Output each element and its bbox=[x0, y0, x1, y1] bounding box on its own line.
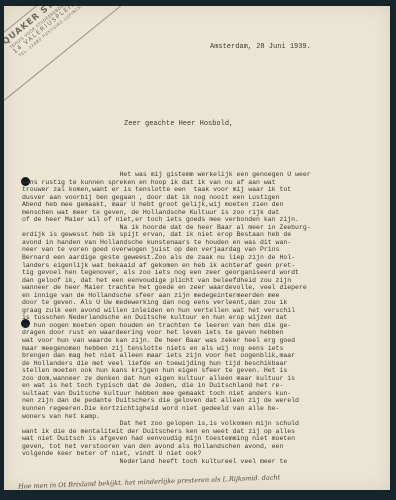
body-line: dan geloof ik, dat het een eenvoudige pl… bbox=[22, 277, 372, 285]
body-line: graag zulk een avond willen inleiden en … bbox=[22, 307, 372, 315]
body-line: menschen wat meer te geven, de Hollandsc… bbox=[22, 209, 372, 217]
body-line: want ik die de mentaliteit der Duitscher… bbox=[22, 428, 372, 436]
body-line: wanneer de heer Maier trachte het goede … bbox=[22, 284, 372, 292]
body-line: trouwer zal komen,want er is tenslotte e… bbox=[22, 186, 372, 194]
body-line: Dat het zoo gelopen is,is volkomen mijn … bbox=[22, 420, 372, 428]
body-line: of de heer Maier wil of niet,er toch iet… bbox=[22, 216, 372, 224]
body-line: zoo dom,wanneer ze denken dat hun eigen … bbox=[22, 375, 372, 383]
letter-body: Het was mij gistemm werkelijk een genoeg… bbox=[22, 171, 372, 465]
body-line: Nederland heeft toch kultureel veel meer… bbox=[22, 458, 372, 466]
body-line: Na ik hoorde dat de heer Baar al meer in… bbox=[22, 224, 372, 232]
body-line: landers eigenlijk wat bekaaid af gekomen… bbox=[22, 262, 372, 270]
body-line: en innige van de Hollandsche sfeer aan z… bbox=[22, 292, 372, 300]
body-line: neer van te voren goed overwogen juist o… bbox=[22, 246, 372, 254]
body-line: woners van het kamp. bbox=[22, 413, 372, 421]
body-line: door te geven. Als U Uw medewerking dan … bbox=[22, 299, 372, 307]
body-line: eens rustig te kunnen spreken en hoop ik… bbox=[22, 179, 372, 187]
body-line: wat niet Duitsch is afgeven had eenvoudi… bbox=[22, 435, 372, 443]
body-line: avond in handen van Hollandsche kunstena… bbox=[22, 239, 372, 247]
body-line: erdijk is gewesst heb ik spijt ervan, da… bbox=[22, 231, 372, 239]
body-line: Abend heb mee gemaakt, maar U hebt groot… bbox=[22, 201, 372, 209]
body-line: is tusschen Nederlandsche en Duitsche ku… bbox=[22, 314, 372, 322]
body-line: dragen door rust en waardeering voor het… bbox=[22, 329, 372, 337]
body-line: nen zijn dan de pedante Duitschers die g… bbox=[22, 397, 372, 405]
body-line: geven, tot het verstooren van den avond … bbox=[22, 443, 372, 451]
letterhead-stamp: QUAKER STUDENT HOSTEL TEHUIS VOOR STUDEE… bbox=[4, 6, 200, 106]
handwritten-note: Hoe men in Ot Brixland bekijkt. het mind… bbox=[18, 470, 390, 490]
body-line: dusver aan voorbij ben gegaan , door dat… bbox=[22, 194, 372, 202]
body-line: sultaat van Duitsche kultuur hebben mee … bbox=[22, 390, 372, 398]
body-line: tig gevoel hen tegenover, als zoo iets n… bbox=[22, 269, 372, 277]
body-line: ze hun oogen moeten open houden en trach… bbox=[22, 322, 372, 330]
body-line: Bernard een aardige geste geweest.Zoo al… bbox=[22, 254, 372, 262]
body-line: brengen dan mag het niet alleen maar iet… bbox=[22, 352, 372, 360]
letter-date: Amsterdam, 28 Juni 1939. bbox=[210, 43, 311, 51]
body-line: maar meegenomen hebben zij tenslotte nie… bbox=[22, 345, 372, 353]
body-line: en wat is het toch typisch dat de Joden,… bbox=[22, 382, 372, 390]
body-line: wat voor hun van waarde kan zijn. De hee… bbox=[22, 337, 372, 345]
body-line: stellen moeten ook hun kans krijgen hun … bbox=[22, 367, 372, 375]
body-line: Het was mij gistemm werkelijk een genoeg… bbox=[22, 171, 372, 179]
body-line: kunnen regeeren.Die kortzichtigheid word… bbox=[22, 405, 372, 413]
letter-page: QUAKER STUDENT HOSTEL TEHUIS VOOR STUDEE… bbox=[4, 6, 390, 490]
letter-salutation: Zeer geachte Heer Hosbold, bbox=[124, 120, 233, 128]
body-line: de Hollanders die met veel liefde en toe… bbox=[22, 360, 372, 368]
body-line: volgende keer beter of niet, vindt U nie… bbox=[22, 450, 372, 458]
